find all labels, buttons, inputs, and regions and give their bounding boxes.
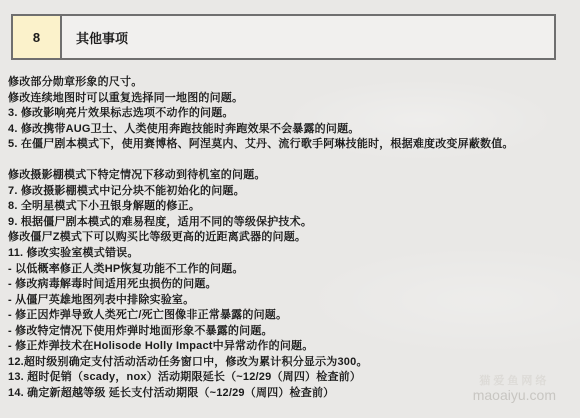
section-title-cell: 其他事项 — [62, 16, 554, 58]
changelog-line-1: 修改部分勋章形象的尺寸。 — [8, 75, 576, 91]
changelog-line-11: 11. 修改实验室模式错误。 — [8, 246, 576, 262]
changelog-subline-2: - 修改病毒解毒时间适用死虫损伤的问题。 — [8, 277, 576, 293]
changelog-line-3: 3. 修改影响亮片效果标志选项不动作的问题。 — [8, 106, 576, 122]
changelog-subline-1: - 以低概率修正人类HP恢复功能不工作的问题。 — [8, 262, 576, 278]
changelog-line-2: 修改连续地图时可以重复选择同一地图的问题。 — [8, 91, 576, 107]
changelog-subline-5: - 修改特定情况下使用炸弹时地面形象不暴露的问题。 — [8, 324, 576, 340]
changelog-line-8: 8. 全明星模式下小丑银身解题的修正。 — [8, 199, 576, 215]
changelog-line-9: 9. 根据僵尸剧本模式的难易程度，适用不同的等级保护技术。 — [8, 215, 576, 231]
changelog-line-6: 修改摄影棚模式下特定情况下移动到待机室的问题。 — [8, 168, 576, 184]
changelog-line-13: 13. 超时促销（scady，nox）活动期限延长（~12/29（周四）检查前） — [8, 370, 576, 386]
section-number: 8 — [33, 30, 40, 45]
changelog-line-14: 14. 确定新超越等级 延长支付活动期限（~12/29（周四）检查前） — [8, 386, 576, 402]
section-number-cell: 8 — [13, 16, 62, 58]
changelog-blank-line — [8, 153, 576, 169]
changelog-line-7: 7. 修改摄影棚模式中记分块不能初始化的问题。 — [8, 184, 576, 200]
changelog-list: 修改部分勋章形象的尺寸。 修改连续地图时可以重复选择同一地图的问题。 3. 修改… — [8, 75, 576, 401]
changelog-subline-4: - 修正因炸弹导致人类死亡/死亡图像非正常暴露的问题。 — [8, 308, 576, 324]
section-title: 其他事项 — [76, 28, 128, 47]
changelog-line-10: 修改僵尸Z模式下可以购买比等级更高的近距离武器的问题。 — [8, 230, 576, 246]
changelog-subline-3: - 从僵尸英雄地图列表中排除实验室。 — [8, 293, 576, 309]
changelog-line-4: 4. 修改携带AUG卫士、人类使用奔跑技能时奔跑效果不会暴露的问题。 — [8, 122, 576, 138]
changelog-subline-6: - 修正炸弹技术在Holisode Holly Impact中异常动作的问题。 — [8, 339, 576, 355]
section-header-table: 8 其他事项 — [11, 14, 556, 60]
changelog-line-5: 5. 在僵尸剧本模式下，使用赛博格、阿涅莫内、艾丹、流行歌手阿琳技能时，根据难度… — [8, 137, 576, 153]
changelog-line-12: 12.超时级别确定支付活动活动任务窗口中，修改为累计积分显示为300。 — [8, 355, 576, 371]
